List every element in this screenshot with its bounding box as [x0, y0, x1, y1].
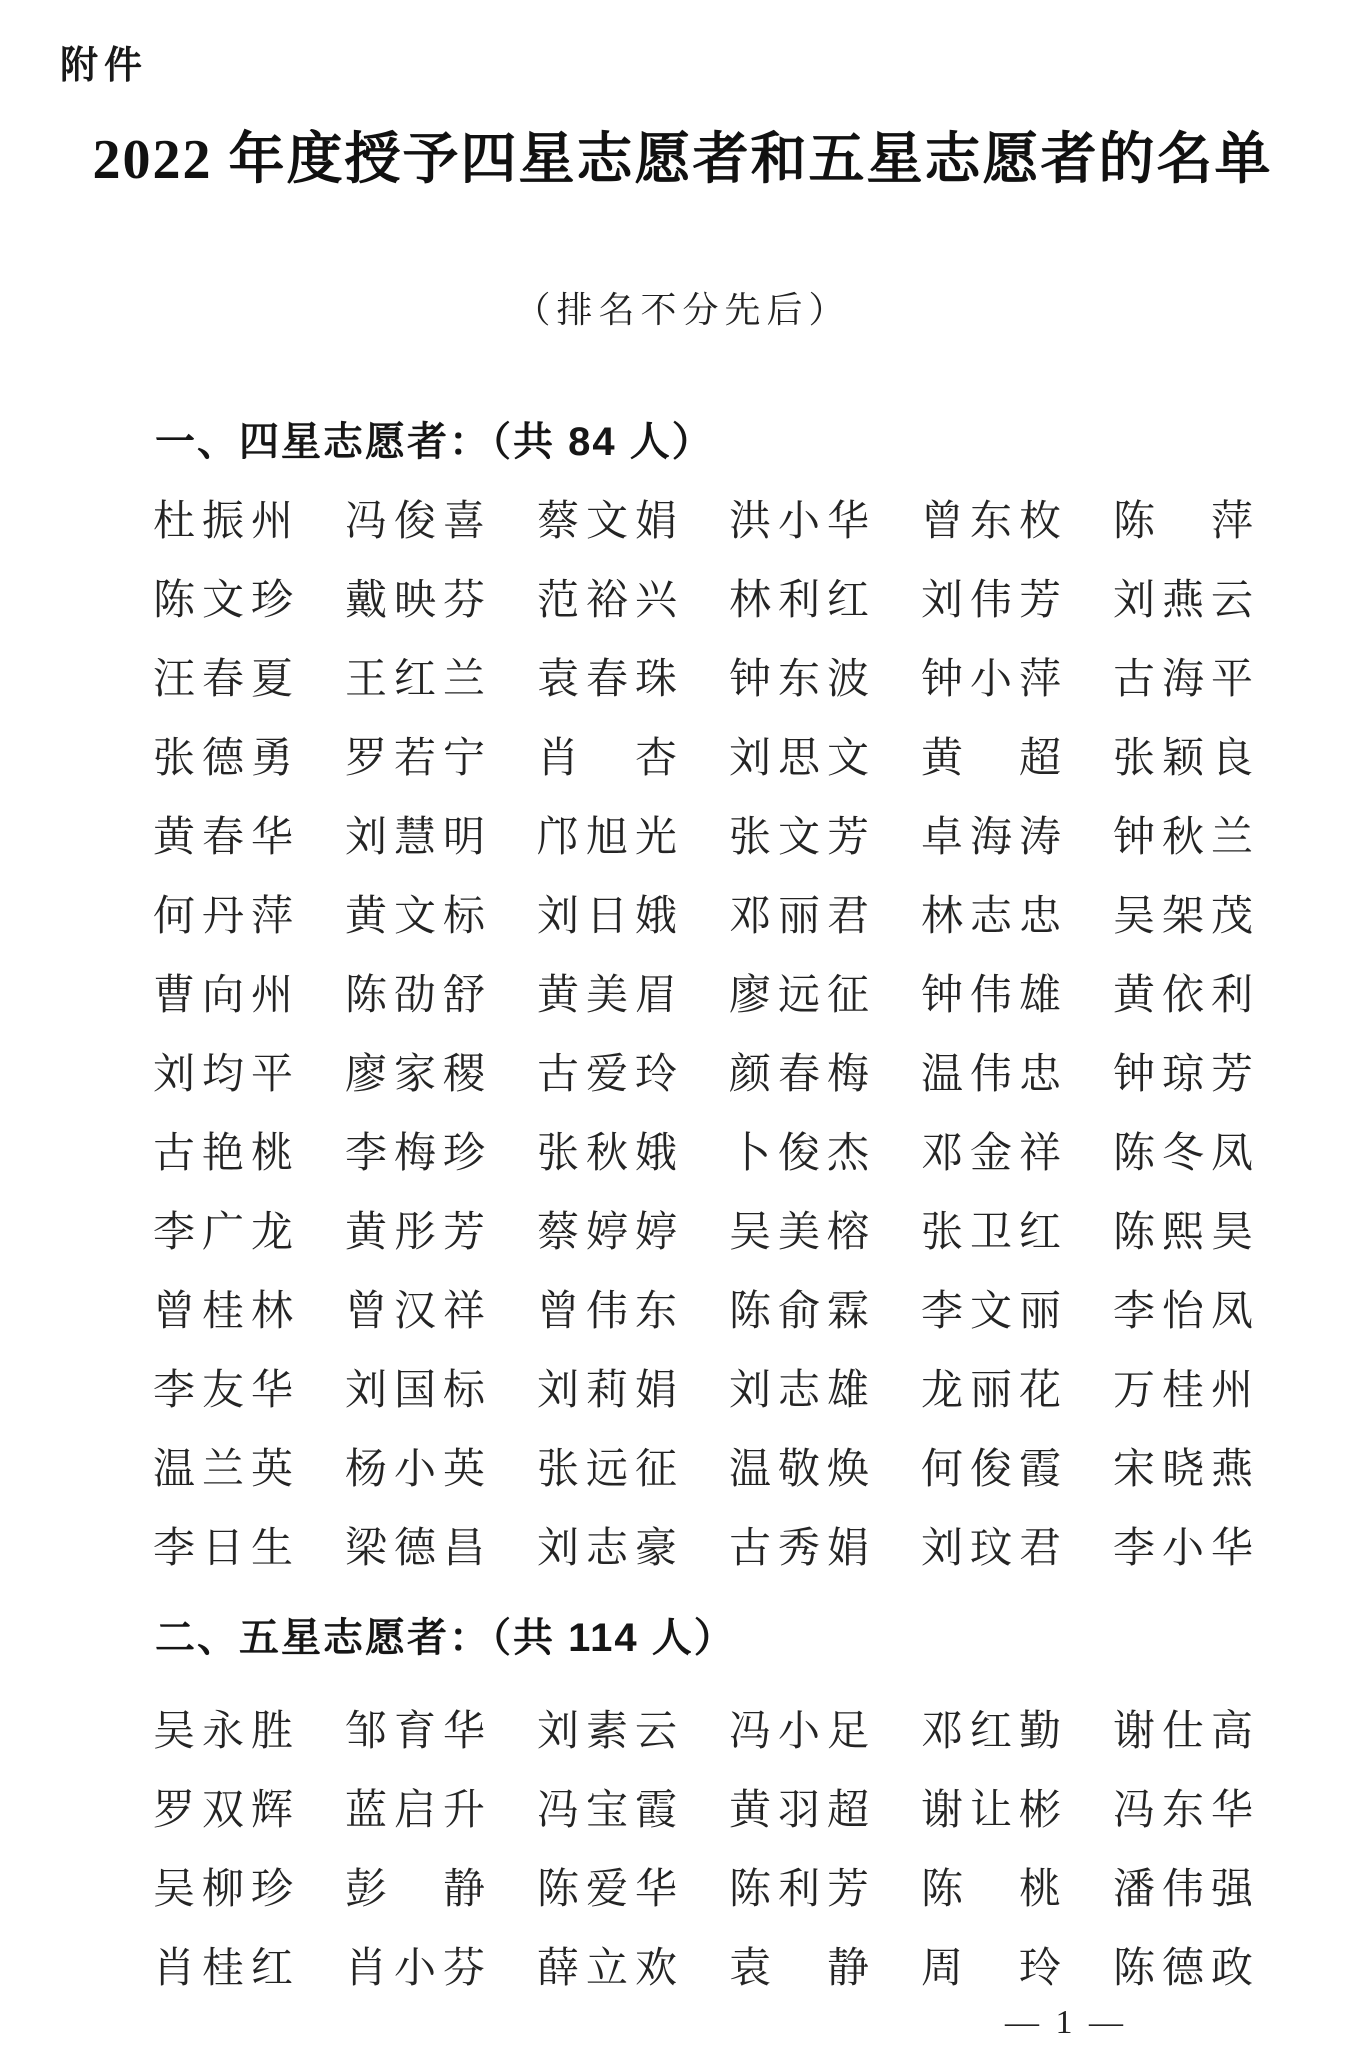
name-char: 标 [443, 895, 485, 939]
name-char: 榕 [827, 1211, 869, 1255]
name-char: 梅 [827, 1053, 869, 1097]
volunteer-name: 黄羽超 [729, 1789, 869, 1833]
name-char: 海 [1162, 658, 1204, 702]
name-char: 立 [586, 1947, 628, 1991]
name-char: 海 [970, 816, 1012, 860]
name-char: 廖 [345, 1053, 387, 1097]
name-char: 陈 [729, 1290, 771, 1334]
name-char: 钟 [1113, 816, 1155, 860]
volunteer-name: 刘志豪 [537, 1527, 677, 1571]
name-char: 育 [394, 1710, 436, 1754]
name-char: 征 [635, 1448, 677, 1492]
name-char: 志 [970, 895, 1012, 939]
volunteer-name: 颜春梅 [729, 1053, 869, 1097]
name-char: 艳 [202, 1132, 244, 1176]
name-char: 桃 [251, 1132, 293, 1176]
name-char: 黄 [537, 974, 579, 1018]
volunteer-name: 陈冬凤 [1113, 1132, 1253, 1176]
name-char: 邝 [537, 816, 579, 860]
name-char: 喜 [443, 500, 485, 544]
name-char: 小 [778, 1710, 820, 1754]
name-char: 霞 [635, 1789, 677, 1833]
name-char: 刘 [537, 1527, 579, 1571]
volunteer-name: 钟小萍 [921, 658, 1061, 702]
name-char: 芳 [1211, 1053, 1253, 1097]
volunteer-name: 罗双辉 [153, 1789, 293, 1833]
volunteer-name: 廖家稷 [345, 1053, 485, 1097]
name-char: 架 [1162, 895, 1204, 939]
name-char: 英 [251, 1448, 293, 1492]
name-char: 芳 [827, 816, 869, 860]
name-char: 春 [586, 658, 628, 702]
volunteer-name: 邓红勤 [921, 1710, 1061, 1754]
name-char: 珍 [251, 579, 293, 623]
volunteer-name: 肖小芬 [345, 1947, 485, 1991]
name-char: 娟 [635, 1369, 677, 1413]
name-char: 丽 [1019, 1290, 1061, 1334]
name-char: 红 [970, 1710, 1012, 1754]
name-char: 秋 [1162, 816, 1204, 860]
name-char: 冯 [1113, 1789, 1155, 1833]
name-char: 利 [1211, 974, 1253, 1018]
name-char: 俞 [778, 1290, 820, 1334]
name-char: 桂 [202, 1947, 244, 1991]
volunteer-name: 陈熙昊 [1113, 1211, 1253, 1255]
name-char: 冯 [345, 500, 387, 544]
document-page: 附件 2022 年度授予四星志愿者和五星志愿者的名单 （排名不分先后） 一、四星… [0, 0, 1365, 2068]
name-char: 钟 [921, 974, 963, 1018]
name-char: 爱 [586, 1868, 628, 1912]
name-char: 志 [778, 1369, 820, 1413]
name-char: 映 [394, 579, 436, 623]
name-char: 宁 [443, 737, 485, 781]
volunteer-name: 温兰英 [153, 1448, 293, 1492]
name-char: 文 [827, 737, 869, 781]
volunteer-name: 吴美榕 [729, 1211, 869, 1255]
name-char: 肖 [537, 737, 579, 781]
name-char: 汪 [153, 658, 195, 702]
name-char: 蔡 [537, 1211, 579, 1255]
name-char: 颖 [1162, 737, 1204, 781]
volunteer-name: 刘玟君 [921, 1527, 1061, 1571]
name-char: 忠 [1019, 895, 1061, 939]
name-char: 志 [586, 1527, 628, 1571]
name-char: 范 [537, 579, 579, 623]
name-char: 娟 [827, 1527, 869, 1571]
name-char: 勤 [1019, 1710, 1061, 1754]
name-char: 丽 [778, 895, 820, 939]
volunteer-name: 张卫红 [921, 1211, 1061, 1255]
name-char: 林 [729, 579, 771, 623]
name-char: 枚 [1019, 500, 1061, 544]
name-char: 杜 [153, 500, 195, 544]
name-char: 刘 [1113, 579, 1155, 623]
name-char: 慧 [394, 816, 436, 860]
volunteer-name: 张秋娥 [537, 1132, 677, 1176]
name-char: 秋 [586, 1132, 628, 1176]
name-char: 廖 [729, 974, 771, 1018]
volunteer-name: 卓海涛 [921, 816, 1061, 860]
name-char: 胜 [251, 1710, 293, 1754]
name-char [970, 1868, 1012, 1912]
name-char: 日 [586, 895, 628, 939]
volunteer-name: 谢让彬 [921, 1789, 1061, 1833]
name-char: 州 [251, 974, 293, 1018]
name-char: 平 [1211, 658, 1253, 702]
name-char: 杏 [635, 737, 677, 781]
volunteer-name: 王红兰 [345, 658, 485, 702]
volunteer-name: 刘国标 [345, 1369, 485, 1413]
name-char: 金 [970, 1132, 1012, 1176]
name-char: 羽 [778, 1789, 820, 1833]
name-char: 莉 [586, 1369, 628, 1413]
name-char: 蔡 [537, 500, 579, 544]
volunteer-name: 陈德政 [1113, 1947, 1253, 1991]
volunteer-name: 古秀娟 [729, 1527, 869, 1571]
name-char: 芳 [827, 1868, 869, 1912]
name-char: 陈 [1113, 1211, 1155, 1255]
name-char: 均 [202, 1053, 244, 1097]
name-char: 娟 [635, 500, 677, 544]
name-char: 依 [1162, 974, 1204, 1018]
name-char: 薛 [537, 1947, 579, 1991]
volunteer-name: 李文丽 [921, 1290, 1061, 1334]
name-char: 罗 [153, 1789, 195, 1833]
name-char: 标 [443, 1369, 485, 1413]
volunteer-name: 林利红 [729, 579, 869, 623]
name-char: 萍 [1211, 500, 1253, 544]
name-char: 霞 [1019, 1448, 1061, 1492]
name-char: 龙 [921, 1369, 963, 1413]
name-char: 黄 [345, 1211, 387, 1255]
volunteer-name: 冯东华 [1113, 1789, 1253, 1833]
name-char: 熙 [1162, 1211, 1204, 1255]
name-char: 俊 [394, 500, 436, 544]
volunteer-name: 黄美眉 [537, 974, 677, 1018]
volunteer-name: 潘伟强 [1113, 1868, 1253, 1912]
name-char: 曾 [153, 1290, 195, 1334]
name-char: 仕 [1162, 1710, 1204, 1754]
name-char: 刘 [537, 895, 579, 939]
name-char [970, 737, 1012, 781]
name-char: 婷 [586, 1211, 628, 1255]
volunteer-name: 龙丽花 [921, 1369, 1061, 1413]
name-char: 玲 [635, 1053, 677, 1097]
name-char: 陈 [921, 1868, 963, 1912]
document-subtitle: （排名不分先后） [0, 282, 1365, 333]
name-char: 肖 [153, 1947, 195, 1991]
volunteer-name: 汪春夏 [153, 658, 293, 702]
volunteer-name: 刘伟芳 [921, 579, 1061, 623]
volunteer-name: 宋晓燕 [1113, 1448, 1253, 1492]
volunteer-name: 李广龙 [153, 1211, 293, 1255]
volunteer-name: 黄依利 [1113, 974, 1253, 1018]
name-char [394, 1868, 436, 1912]
name-char: 陈 [729, 1868, 771, 1912]
name-char: 启 [394, 1789, 436, 1833]
volunteer-name: 古艳桃 [153, 1132, 293, 1176]
volunteer-name: 吴柳珍 [153, 1868, 293, 1912]
name-char: 燕 [1162, 579, 1204, 623]
four-star-name-grid: 杜振州冯俊喜蔡文娟洪小华曾东枚陈 萍陈文珍戴映芬范裕兴林利红刘伟芳刘燕云汪春夏王… [153, 500, 1253, 1571]
name-char: 林 [921, 895, 963, 939]
name-char: 婷 [635, 1211, 677, 1255]
name-char: 小 [394, 1448, 436, 1492]
name-char: 东 [970, 500, 1012, 544]
volunteer-name: 肖桂红 [153, 1947, 293, 1991]
volunteer-name: 蔡婷婷 [537, 1211, 677, 1255]
volunteer-name: 何丹萍 [153, 895, 293, 939]
name-char: 俊 [778, 1132, 820, 1176]
volunteer-name: 张颖良 [1113, 737, 1253, 781]
volunteer-name: 袁 静 [729, 1947, 869, 1991]
name-char: 珍 [251, 1868, 293, 1912]
name-char: 勇 [251, 737, 293, 781]
name-char: 何 [921, 1448, 963, 1492]
name-char: 伟 [970, 1053, 1012, 1097]
name-char: 文 [394, 895, 436, 939]
volunteer-name: 刘莉娟 [537, 1369, 677, 1413]
name-char: 若 [394, 737, 436, 781]
volunteer-name: 冯小足 [729, 1710, 869, 1754]
name-char [586, 737, 628, 781]
name-char: 梅 [394, 1132, 436, 1176]
volunteer-name: 万桂州 [1113, 1369, 1253, 1413]
volunteer-name: 刘日娥 [537, 895, 677, 939]
name-char: 英 [443, 1448, 485, 1492]
name-char: 俊 [970, 1448, 1012, 1492]
volunteer-name: 罗若宁 [345, 737, 485, 781]
name-char: 眉 [635, 974, 677, 1018]
name-char: 龙 [251, 1211, 293, 1255]
name-char: 忠 [1019, 1053, 1061, 1097]
volunteer-name: 刘慧明 [345, 816, 485, 860]
name-char: 德 [394, 1527, 436, 1571]
name-char: 德 [202, 737, 244, 781]
name-char: 洪 [729, 500, 771, 544]
name-char: 李 [921, 1290, 963, 1334]
name-char: 刘 [921, 1527, 963, 1571]
name-char: 丽 [970, 1369, 1012, 1413]
name-char: 芳 [1019, 579, 1061, 623]
name-char: 戴 [345, 579, 387, 623]
name-char: 东 [635, 1290, 677, 1334]
name-char: 静 [827, 1947, 869, 1991]
name-char: 劭 [394, 974, 436, 1018]
volunteer-name: 张德勇 [153, 737, 293, 781]
name-char: 振 [202, 500, 244, 544]
name-char: 芬 [443, 1947, 485, 1991]
name-char: 古 [729, 1527, 771, 1571]
name-char: 琼 [1162, 1053, 1204, 1097]
name-char: 昊 [1211, 1211, 1253, 1255]
name-char: 刘 [153, 1053, 195, 1097]
name-char: 冯 [537, 1789, 579, 1833]
name-char: 古 [153, 1132, 195, 1176]
volunteer-name: 吴架茂 [1113, 895, 1253, 939]
name-char: 云 [1211, 579, 1253, 623]
name-char: 桃 [1019, 1868, 1061, 1912]
name-char: 冯 [729, 1710, 771, 1754]
name-char: 谢 [921, 1789, 963, 1833]
volunteer-name: 陈 桃 [921, 1868, 1061, 1912]
name-char: 刘 [729, 1369, 771, 1413]
name-char: 美 [586, 974, 628, 1018]
name-char: 州 [1211, 1369, 1253, 1413]
name-char: 钟 [1113, 1053, 1155, 1097]
volunteer-name: 李小华 [1113, 1527, 1253, 1571]
name-char: 春 [202, 658, 244, 702]
name-char: 凤 [1211, 1132, 1253, 1176]
name-char: 征 [827, 974, 869, 1018]
volunteer-name: 陈爱华 [537, 1868, 677, 1912]
volunteer-name: 黄彤芳 [345, 1211, 485, 1255]
volunteer-name: 彭 静 [345, 1868, 485, 1912]
name-char: 兴 [635, 579, 677, 623]
volunteer-name: 曹向州 [153, 974, 293, 1018]
name-char: 美 [778, 1211, 820, 1255]
name-char: 谢 [1113, 1710, 1155, 1754]
name-char: 万 [1113, 1369, 1155, 1413]
name-char: 旭 [586, 816, 628, 860]
name-char: 温 [921, 1053, 963, 1097]
name-char: 辉 [251, 1789, 293, 1833]
volunteer-name: 林志忠 [921, 895, 1061, 939]
volunteer-name: 曾汉祥 [345, 1290, 485, 1334]
name-char: 思 [778, 737, 820, 781]
name-char: 陈 [153, 579, 195, 623]
name-char: 李 [1113, 1290, 1155, 1334]
name-char: 古 [537, 1053, 579, 1097]
name-char: 袁 [537, 658, 579, 702]
name-char: 吴 [729, 1211, 771, 1255]
name-char: 光 [635, 816, 677, 860]
name-char: 春 [202, 816, 244, 860]
name-char: 国 [394, 1369, 436, 1413]
name-char: 远 [586, 1448, 628, 1492]
name-char: 生 [251, 1527, 293, 1571]
name-char: 玲 [1019, 1947, 1061, 1991]
name-char: 高 [1211, 1710, 1253, 1754]
name-char: 曾 [345, 1290, 387, 1334]
name-char: 明 [443, 816, 485, 860]
volunteer-name: 梁德昌 [345, 1527, 485, 1571]
name-char: 稷 [443, 1053, 485, 1097]
name-char: 邓 [729, 895, 771, 939]
name-char: 黄 [921, 737, 963, 781]
name-char: 娥 [635, 1132, 677, 1176]
name-char: 珠 [635, 658, 677, 702]
name-char: 利 [778, 1868, 820, 1912]
name-char: 素 [586, 1710, 628, 1754]
name-char: 刘 [537, 1369, 579, 1413]
name-char: 萍 [1019, 658, 1061, 702]
name-char: 萍 [251, 895, 293, 939]
name-char: 茂 [1211, 895, 1253, 939]
volunteer-name: 黄 超 [921, 737, 1061, 781]
name-char: 张 [729, 816, 771, 860]
volunteer-name: 李日生 [153, 1527, 293, 1571]
name-char: 伟 [970, 974, 1012, 1018]
volunteer-name: 范裕兴 [537, 579, 677, 623]
name-char: 华 [635, 1868, 677, 1912]
volunteer-name: 刘燕云 [1113, 579, 1253, 623]
name-char: 升 [443, 1789, 485, 1833]
name-char: 小 [970, 658, 1012, 702]
volunteer-name: 钟伟雄 [921, 974, 1061, 1018]
name-char: 丹 [202, 895, 244, 939]
name-char: 玟 [970, 1527, 1012, 1571]
name-char: 李 [345, 1132, 387, 1176]
section-heading-five-star: 二、五星志愿者：（共 114 人） [155, 1614, 736, 1662]
name-char: 华 [251, 1369, 293, 1413]
name-char: 温 [729, 1448, 771, 1492]
name-char: 足 [827, 1710, 869, 1754]
name-char: 温 [153, 1448, 195, 1492]
name-char: 卜 [729, 1132, 771, 1176]
name-char: 向 [202, 974, 244, 1018]
name-char: 张 [921, 1211, 963, 1255]
volunteer-name: 肖 杏 [537, 737, 677, 781]
name-char: 吴 [1113, 895, 1155, 939]
name-char: 广 [202, 1211, 244, 1255]
name-char: 邹 [345, 1710, 387, 1754]
name-char: 让 [970, 1789, 1012, 1833]
volunteer-name: 刘均平 [153, 1053, 293, 1097]
name-char: 陈 [345, 974, 387, 1018]
name-char: 柳 [202, 1868, 244, 1912]
name-char: 友 [202, 1369, 244, 1413]
name-char: 文 [586, 500, 628, 544]
name-char: 宝 [586, 1789, 628, 1833]
volunteer-name: 蔡文娟 [537, 500, 677, 544]
volunteer-name: 陈文珍 [153, 579, 293, 623]
name-char: 远 [778, 974, 820, 1018]
name-char: 兰 [443, 658, 485, 702]
name-char: 雄 [827, 1369, 869, 1413]
name-char: 王 [345, 658, 387, 702]
name-char: 伟 [586, 1290, 628, 1334]
volunteer-name: 杨小英 [345, 1448, 485, 1492]
name-char: 张 [1113, 737, 1155, 781]
volunteer-name: 薛立欢 [537, 1947, 677, 1991]
name-char: 怡 [1162, 1290, 1204, 1334]
name-char: 文 [202, 579, 244, 623]
volunteer-name: 杜振州 [153, 500, 293, 544]
volunteer-name: 廖远征 [729, 974, 869, 1018]
name-char: 彭 [345, 1868, 387, 1912]
name-char: 红 [394, 658, 436, 702]
name-char: 晓 [1162, 1448, 1204, 1492]
volunteer-name: 刘思文 [729, 737, 869, 781]
name-char: 波 [827, 658, 869, 702]
name-char: 日 [202, 1527, 244, 1571]
name-char: 君 [827, 895, 869, 939]
name-char: 超 [1019, 737, 1061, 781]
name-char: 凤 [1211, 1290, 1253, 1334]
name-char: 平 [251, 1053, 293, 1097]
name-char: 曾 [921, 500, 963, 544]
name-char: 兰 [1211, 816, 1253, 860]
name-char: 良 [1211, 737, 1253, 781]
name-char: 周 [921, 1947, 963, 1991]
volunteer-name: 周 玲 [921, 1947, 1061, 1991]
volunteer-name: 陈 萍 [1113, 500, 1253, 544]
name-char: 刘 [921, 579, 963, 623]
name-char: 张 [153, 737, 195, 781]
name-char: 花 [1019, 1369, 1061, 1413]
volunteer-name: 李友华 [153, 1369, 293, 1413]
